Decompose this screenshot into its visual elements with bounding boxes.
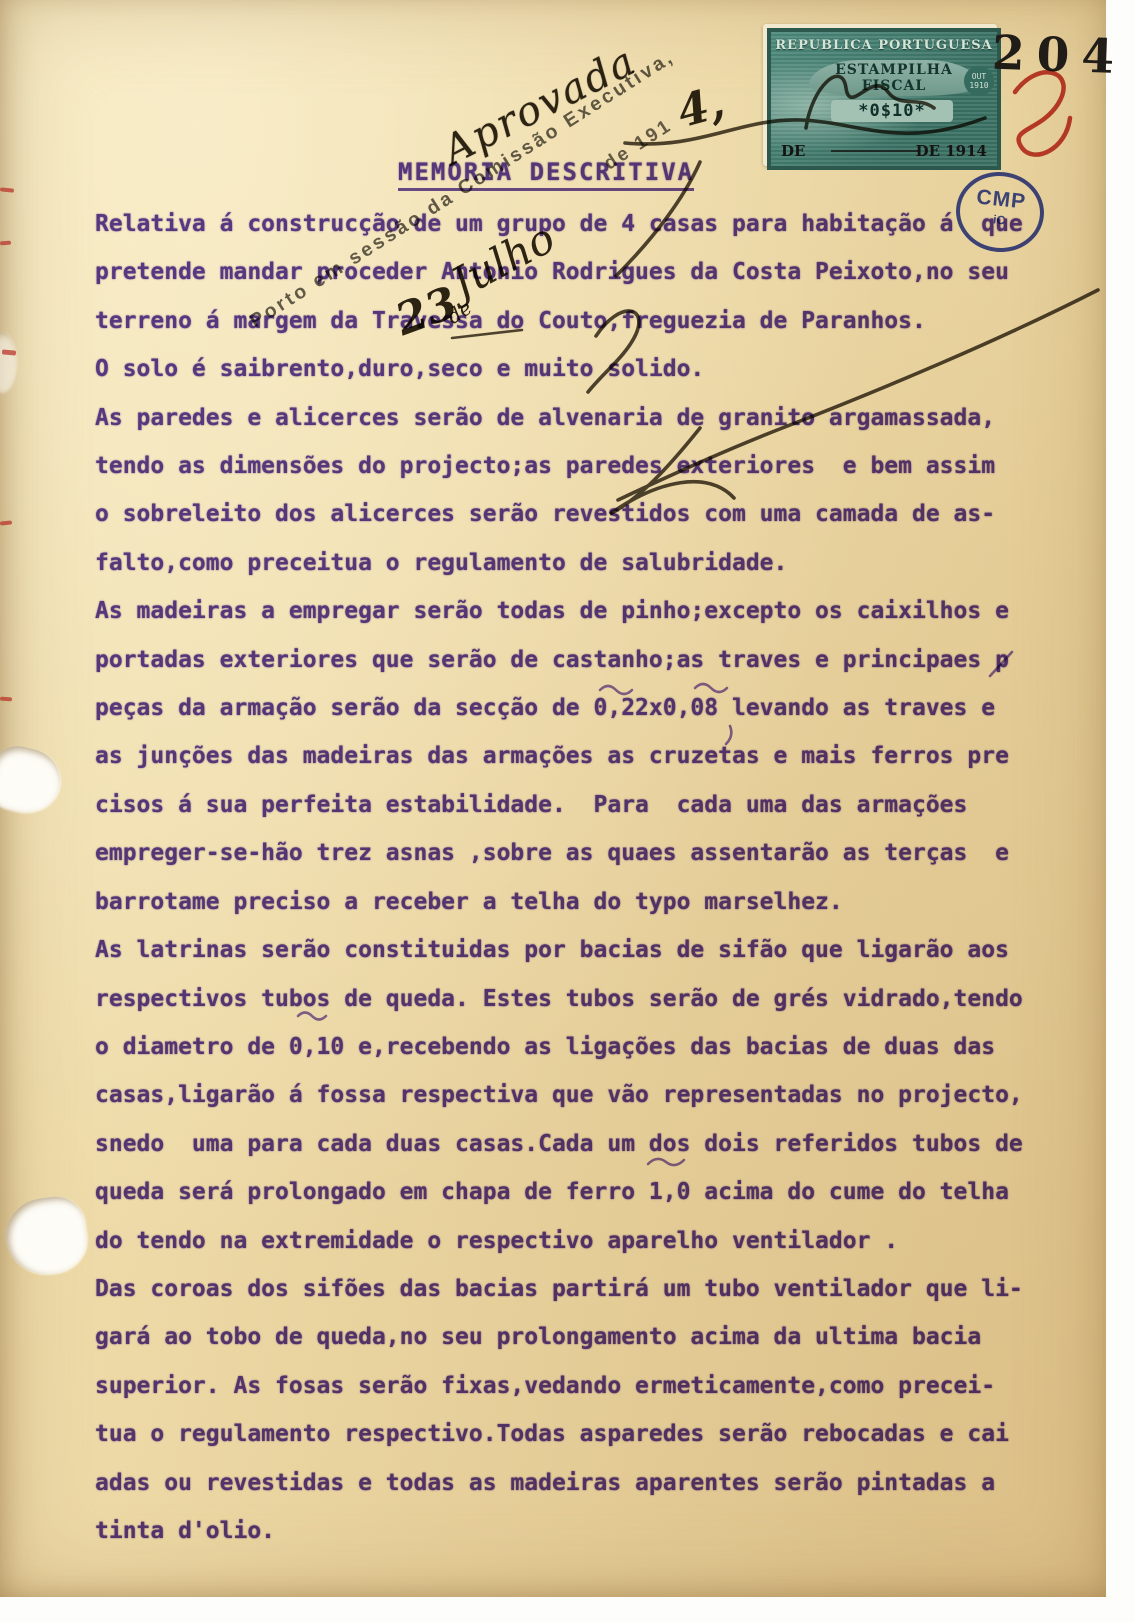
fiscal-stamp-artwork: REPUBLICA PORTUGUESA ESTAMPILHA FISCAL *… [767, 28, 1001, 170]
text-line: queda será prolongado em chapa de ferro … [95, 1168, 1075, 1216]
text-line: portadas exteriores que serão de castanh… [95, 636, 1075, 684]
document-title: MEMORIA DESCRITIVA [398, 158, 694, 191]
text-line: o sobreleito dos alicerces serão revesti… [95, 490, 1075, 538]
fiscal-stamp-value: *0$10* [831, 100, 953, 122]
document-number: 204 [991, 26, 1127, 86]
text-line: As paredes e alicerces serão de alvenari… [95, 394, 1075, 442]
text-line: gará ao tobo de queda,no seu prolongamen… [95, 1313, 1075, 1361]
document-scan: MEMORIA DESCRITIVA Relativa á construcçã… [0, 0, 1134, 1622]
fiscal-stamp-de: DE [781, 142, 805, 160]
text-line: snedo uma para cada duas casas.Cada um d… [95, 1120, 1075, 1168]
fiscal-stamp: REPUBLICA PORTUGUESA ESTAMPILHA FISCAL *… [763, 24, 997, 166]
handwritten-year-digit: 4, [672, 77, 730, 138]
text-line: peças da armação serão da secção de 0,22… [95, 684, 1075, 732]
text-line: tinta d'olio. [95, 1507, 1075, 1555]
fiscal-stamp-label: ESTAMPILHA FISCAL [809, 60, 979, 96]
text-line: barrotame preciso a receber a telha do t… [95, 878, 1075, 926]
document-page: MEMORIA DESCRITIVA Relativa á construcçã… [0, 0, 1106, 1597]
text-line: Das coroas dos sifões das bacias partirá… [95, 1265, 1075, 1313]
text-line: falto,como preceitua o regulamento de sa… [95, 539, 1075, 587]
text-line: o diametro de 0,10 e,recebendo as ligaçõ… [95, 1023, 1075, 1071]
text-line: terreno á margem da Travessa do Couto,fr… [95, 297, 1075, 345]
fiscal-stamp-de-1914: DE 1914 [916, 142, 987, 160]
red-ink-rubric [1015, 72, 1070, 154]
fiscal-stamp-date-row: DE DE 1914 [781, 142, 987, 160]
text-line: tendo as dimensões do projecto;as parede… [95, 442, 1075, 490]
text-line: Relativa á construcção de um grupo de 4 … [95, 200, 1075, 248]
typewritten-body: Relativa á construcção de um grupo de 4 … [95, 200, 1075, 1555]
text-line: cisos á sua perfeita estabilidade. Para … [95, 781, 1075, 829]
text-line: As latrinas serão constituidas por bacia… [95, 926, 1075, 974]
fiscal-stamp-country: REPUBLICA PORTUGUESA [775, 38, 993, 53]
text-line: superior. As fosas serão fixas,vedando e… [95, 1362, 1075, 1410]
text-line: respectivos tubos de queda. Estes tubos … [95, 975, 1075, 1023]
paper-hole [0, 740, 67, 819]
red-margin-mark [0, 241, 11, 246]
red-margin-mark [0, 520, 12, 525]
text-line: as junções das madeiras das armações as … [95, 732, 1075, 780]
text-line: casas,ligarão á fossa respectiva que vão… [95, 1071, 1075, 1119]
fiscal-stamp-side-date: OUT 1910 [964, 66, 994, 96]
text-line: O solo é saibrento,duro,seco e muito sol… [95, 345, 1075, 393]
text-line: As madeiras a empregar serão todas de pi… [95, 587, 1075, 635]
text-line: adas ou revestidas e todas as madeiras a… [95, 1459, 1075, 1507]
paper-hole [1, 1193, 91, 1279]
red-margin-mark [0, 187, 14, 192]
text-line: tua o regulamento respectivo.Todas aspar… [95, 1410, 1075, 1458]
red-margin-mark [0, 697, 12, 702]
text-line: empreger-se-hão trez asnas ,sobre as qua… [95, 829, 1075, 877]
text-line: do tendo na extremidade o respectivo apa… [95, 1217, 1075, 1265]
text-line: pretende mandar proceder Antonio Rodrigu… [95, 248, 1075, 296]
paper-hole [0, 332, 16, 392]
